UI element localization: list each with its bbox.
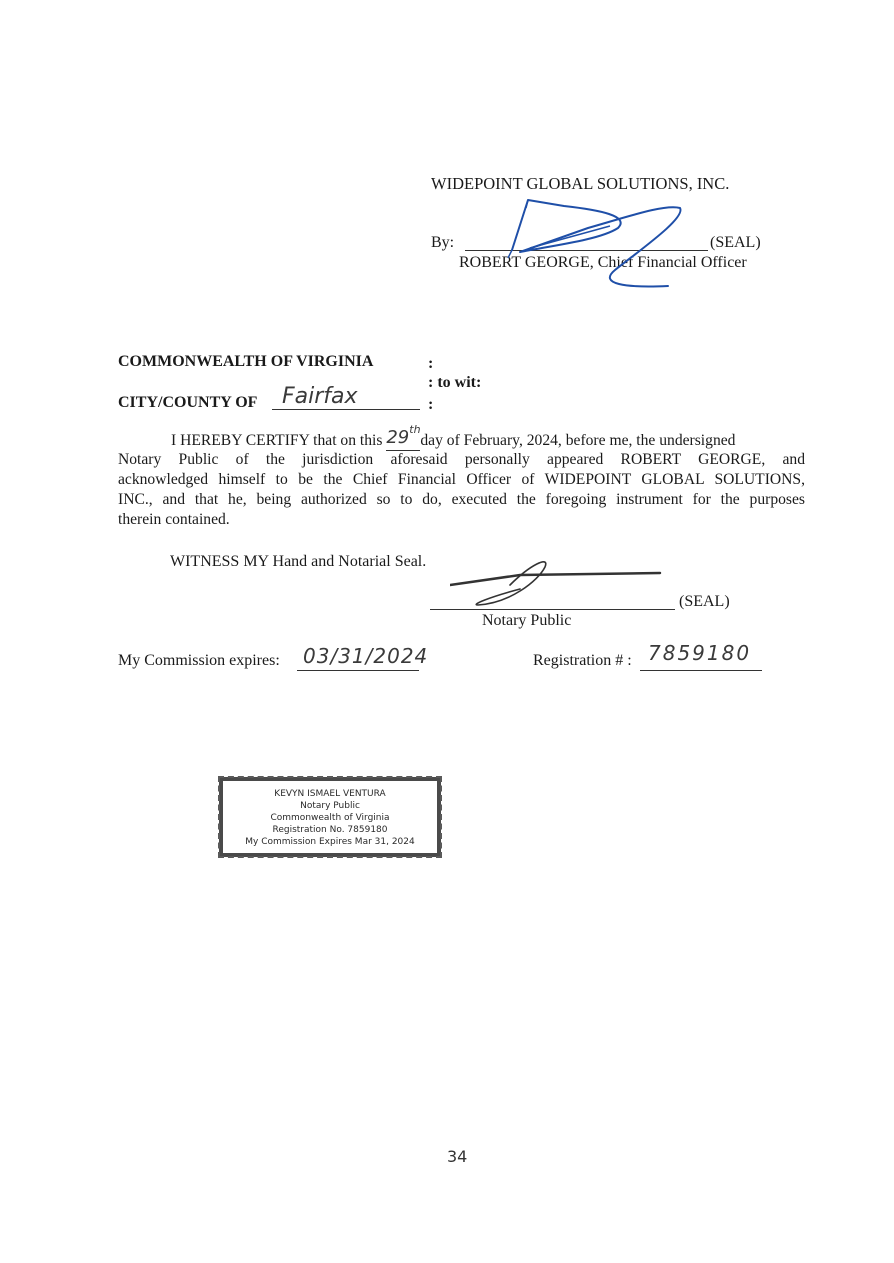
state-heading: COMMONWEALTH OF VIRGINIA — [118, 352, 373, 372]
seal-label: (SEAL) — [710, 233, 761, 253]
by-label: By: — [431, 233, 454, 253]
notary-public-label: Notary Public — [482, 611, 571, 631]
day-value: 29th — [386, 428, 420, 451]
county-label: CITY/COUNTY OF — [118, 393, 257, 413]
certificate-line-5: therein contained. — [118, 510, 230, 530]
certificate-line-3: acknowledged himself to be the Chief Fin… — [118, 470, 805, 490]
county-line — [272, 409, 420, 410]
stamp-jurisdiction: Commonwealth of Virginia — [223, 812, 437, 824]
stamp-name: KEVYN ISMAEL VENTURA — [223, 788, 437, 800]
stamp-expiry: My Commission Expires Mar 31, 2024 — [223, 836, 437, 848]
seal-label: (SEAL) — [679, 592, 730, 612]
commission-label: My Commission expires: — [118, 651, 280, 671]
certificate-text: day of February, 2024, before me, the un… — [420, 432, 735, 449]
day-suffix: th — [409, 423, 420, 436]
registration-value: 7859180 — [648, 641, 751, 665]
stamp-title: Notary Public — [223, 800, 437, 812]
county-value: Fairfax — [282, 384, 358, 409]
witness-statement: WITNESS MY Hand and Notarial Seal. — [170, 552, 426, 572]
page-number: 34 — [447, 1147, 467, 1166]
certificate-text: I HEREBY CERTIFY that on this — [171, 432, 382, 449]
certificate-line-4: INC., and that he, being authorized so t… — [118, 490, 805, 510]
certificate-line-2: Notary Public of the jurisdiction afores… — [118, 450, 805, 470]
notary-stamp: KEVYN ISMAEL VENTURA Notary Public Commo… — [219, 777, 441, 857]
cfo-signature-icon — [490, 188, 700, 293]
commission-expiry-value: 03/31/2024 — [303, 644, 428, 668]
notary-signature-line — [430, 609, 675, 610]
colon: : — [428, 354, 433, 374]
day-number: 29 — [386, 427, 409, 448]
registration-label: Registration # : — [533, 651, 632, 671]
registration-line — [640, 670, 762, 671]
notary-signature-icon — [450, 555, 670, 610]
to-wit-label: : to wit: — [428, 373, 481, 393]
commission-line — [297, 670, 419, 671]
stamp-registration: Registration No. 7859180 — [223, 824, 437, 836]
colon: : — [428, 395, 433, 415]
